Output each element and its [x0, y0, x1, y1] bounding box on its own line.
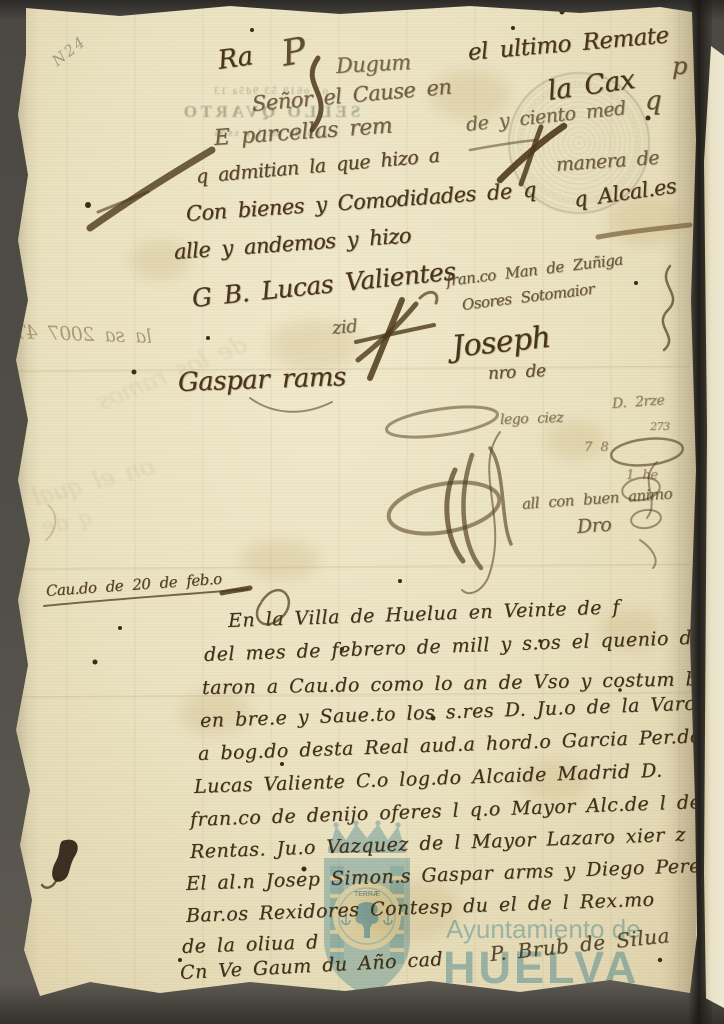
handwriting-top-line: Señor el Cause en [251, 75, 452, 116]
signature: Joseph [450, 320, 552, 365]
handwriting-top-line: q Alcal.es [572, 174, 677, 212]
handwriting-top-line: alle y andemos y hizo [173, 223, 412, 264]
margin-note: Cau.do de 20 de feb.o [45, 570, 222, 600]
signature: Dro [576, 514, 612, 538]
handwriting-top-line: P [278, 30, 308, 74]
bleedthrough-text: la sa 2007 4TS [1, 321, 152, 348]
archive-photo: N24 o2 o619 53 9d5a 13 SELLO QVARTO año … [0, 0, 724, 1024]
handwriting-top-line: Ra [216, 41, 255, 76]
handwriting-top-line: manera de [555, 147, 659, 176]
handwriting-top-line: E parcellas rem [213, 114, 393, 151]
signature: lego ciez [500, 410, 564, 428]
body-paragraph-line: En la Villa de Huelua en Veinte de f [228, 596, 621, 632]
signature: D. 2rze [611, 392, 664, 412]
body-paragraph-line: P. Brub de Silua [489, 923, 671, 966]
handwriting-top-line: Con bienes y Comodidades de q [185, 178, 536, 226]
signature: 7 8 [584, 440, 608, 455]
next-folio-edge [704, 46, 724, 1008]
signature: 273 [650, 420, 670, 433]
handwriting-top-line: q admitian la que hizo a [195, 145, 440, 188]
handwriting-layer: RaPDugumel ultimo RematepSeñor el Cause … [0, 0, 724, 1024]
manuscript-page: N24 o2 o619 53 9d5a 13 SELLO QVARTO año … [0, 0, 724, 1024]
signature: nro de [487, 361, 546, 384]
handwriting-top-line: el ultimo Remate [467, 23, 670, 66]
body-paragraph-line: Lucas Valiente C.o log.do Alcaide Madrid… [194, 760, 663, 798]
body-paragraph-line: del mes de febrero de mill y s.os el que… [204, 624, 724, 666]
signature: all con buen animo [521, 485, 672, 513]
handwriting-top-line: p [672, 52, 687, 80]
handwriting-top-line: q [645, 86, 661, 116]
handwriting-top-line: de y ciento med [465, 97, 627, 136]
signature: G B. Lucas Valientes [190, 256, 456, 313]
handwriting-top-line: Dugum [335, 50, 411, 78]
signature: 1 he [626, 468, 657, 483]
signature: fran.co Man de Zuñiga [445, 250, 624, 290]
signature: zid [331, 316, 358, 339]
body-paragraph-line: de la oliua d [182, 931, 319, 958]
body-paragraph-line: a bog.do desta Real aud.a hord.o Garcia … [198, 725, 702, 765]
body-paragraph-line: Bar.os Rexidores Contesp du el de l Rex.… [186, 889, 655, 927]
